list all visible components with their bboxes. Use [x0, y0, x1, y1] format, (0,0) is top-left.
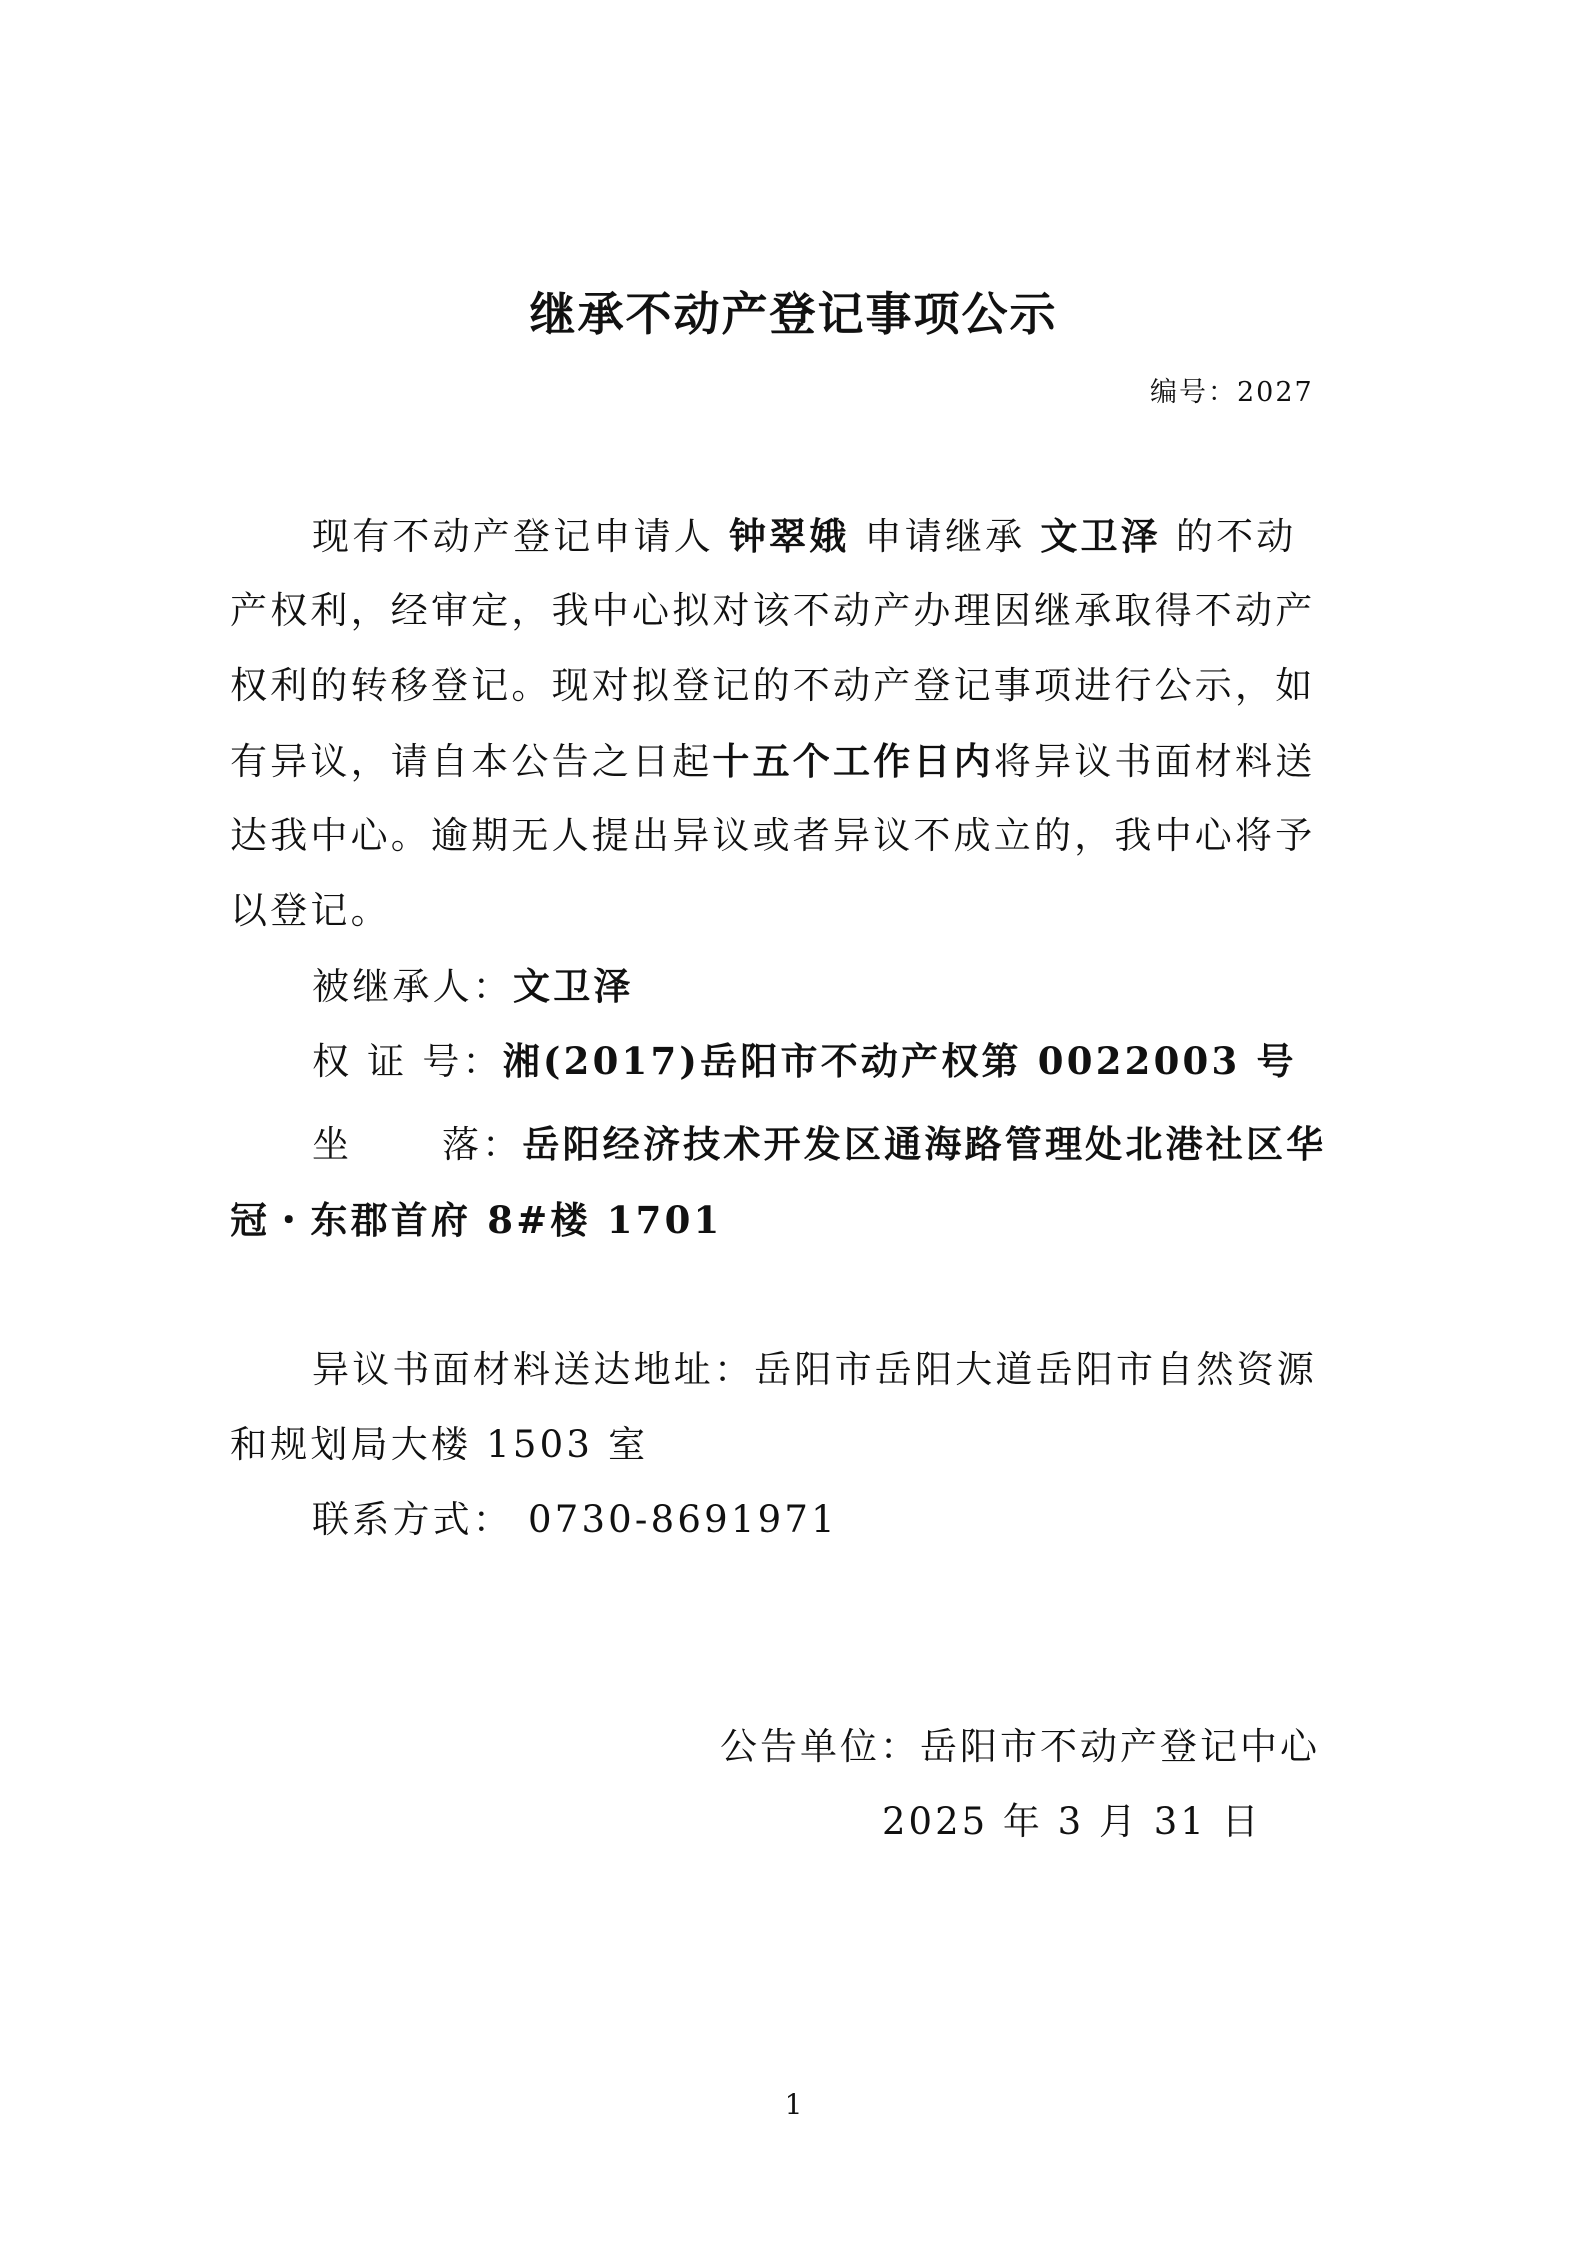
field-value: 岳阳经济技术开发区通海路管理处北港社区华 — [522, 1122, 1326, 1166]
text-segment: 的不动 — [1176, 515, 1297, 558]
field-decedent: 被继承人：文卫泽 — [312, 962, 1452, 1011]
paragraph-line-2: 产权利，经审定，我中心拟对该不动产办理因继承取得不动产 — [230, 587, 1370, 635]
text-segment: 现有不动产登记申请人 — [312, 515, 714, 558]
field-location: 坐 落：岳阳经济技术开发区通海路管理处北港社区华 — [312, 1120, 1452, 1169]
paragraph-line-5: 达我中心。逾期无人提出异议或者异议不成立的，我中心将予 — [230, 812, 1370, 860]
serial-label: 编号： — [1150, 377, 1237, 408]
field-location-cont: 冠・东郡首府 8#楼 1701 — [230, 1196, 1370, 1244]
text-segment: 有异议，请自本公告之日起 — [230, 740, 712, 783]
field-certificate: 权 证 号：湘(2017)岳阳市不动产权第 0022003 号 — [312, 1037, 1452, 1086]
applicant-name: 钟翠娥 — [729, 514, 850, 558]
paragraph-line-6: 以登记。 — [230, 887, 1370, 935]
field-label: 被继承人： — [312, 965, 513, 1008]
contact-label: 联系方式： — [312, 1498, 513, 1541]
text-segment: 申请继承 — [865, 515, 1026, 558]
contact-info: 联系方式： 0730-8691971 — [312, 1496, 1452, 1544]
issuer-label: 公告单位： — [720, 1725, 920, 1768]
document-title: 继承不动产登记事项公示 — [0, 278, 1587, 344]
page-number: 1 — [0, 2088, 1587, 2121]
issuer-value: 岳阳市不动产登记中心 — [920, 1725, 1320, 1768]
paragraph-line-1: 现有不动产登记申请人 钟翠娥 申请继承 文卫泽 的不动 — [312, 512, 1452, 561]
paragraph-line-3: 权利的转移登记。现对拟登记的不动产登记事项进行公示，如 — [230, 662, 1370, 710]
objection-address-cont: 和规划局大楼 1503 室 — [230, 1421, 1370, 1469]
address-label: 异议书面材料送达地址： — [312, 1348, 754, 1391]
field-label: 坐 落： — [312, 1123, 522, 1166]
serial-number: 编号：2027 — [1150, 370, 1314, 409]
issuer-line: 公告单位：岳阳市不动产登记中心 — [720, 1723, 1320, 1771]
deadline-text: 十五个工作日内 — [712, 739, 993, 783]
objection-address: 异议书面材料送达地址：岳阳市岳阳大道岳阳市自然资源 — [312, 1346, 1452, 1394]
decedent-name: 文卫泽 — [1040, 514, 1161, 558]
contact-value: 0730-8691971 — [513, 1498, 838, 1541]
paragraph-line-4: 有异议，请自本公告之日起十五个工作日内将异议书面材料送 — [230, 737, 1370, 786]
address-value: 岳阳市岳阳大道岳阳市自然资源 — [754, 1348, 1317, 1391]
notice-date: 2025 年 3 月 31 日 — [882, 1798, 1262, 1846]
serial-value: 2027 — [1237, 377, 1314, 408]
field-value: 湘(2017)岳阳市不动产权第 0022003 号 — [503, 1039, 1297, 1083]
text-segment: 将异议书面材料送 — [994, 740, 1316, 783]
field-value: 文卫泽 — [513, 964, 634, 1008]
field-label: 权 证 号： — [312, 1040, 503, 1083]
